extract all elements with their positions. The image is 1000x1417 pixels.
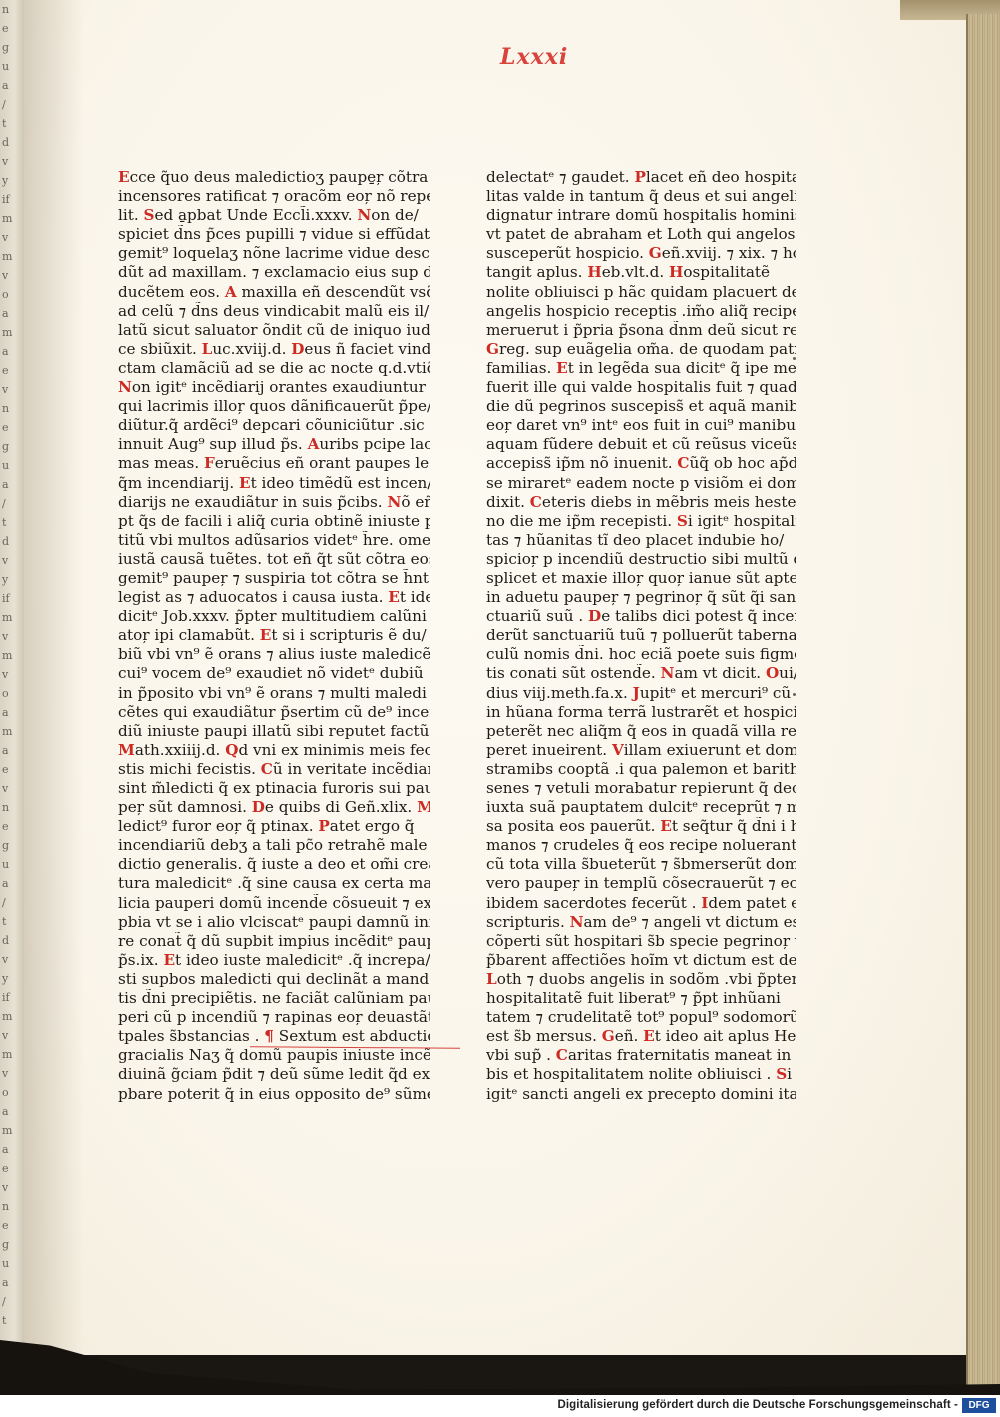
page-scan: n e g u a / t d v y if m v m v o a m a e… bbox=[0, 0, 1000, 1395]
text-line: qui lacrimis illoŗ quos dãnificauerũt … bbox=[118, 397, 430, 416]
text-line: manos ⁊ crudeles q̃ eos recipe noluerant bbox=[486, 836, 796, 855]
rubricated-initial: E bbox=[239, 474, 251, 492]
text-line: accepiss̃ ip̃m nõ inuenit. Cũq̃ ob hoc… bbox=[486, 454, 796, 473]
text-line: tis conati sũt ostend̃e. Nam vt dicit. … bbox=[486, 664, 796, 683]
rubricated-initial: ¶ bbox=[264, 1027, 274, 1045]
text-line: tangit aplus. Heb.vlt.d. Hospitalitatẽ bbox=[486, 263, 796, 282]
rubricated-initial: L bbox=[202, 340, 213, 358]
text-line: diuinã g̃ciam p̃dit ⁊ deũ sũme ledit … bbox=[118, 1065, 430, 1084]
text-line: ctam clamãciũ ad se die ac nocte q.d.v… bbox=[118, 359, 430, 378]
text-line: peŗ sũt damnosi. De quibs di Geñ.xlix.… bbox=[118, 798, 430, 817]
rubricated-initial: D bbox=[252, 798, 265, 816]
text-line: angelis hospicio receptis .im̃o aliq̃ re… bbox=[486, 302, 796, 321]
text-line: dignatur intrare domũ hospitalis homini… bbox=[486, 206, 796, 225]
text-line: no die me ip̃m recepisti. Si igitᵉ hospi… bbox=[486, 512, 796, 531]
rubricated-initial: P bbox=[318, 817, 329, 835]
rubricated-initial: G bbox=[486, 340, 499, 358]
rubricated-initial: E bbox=[388, 588, 400, 606]
text-line: tatem ⁊ crudelitatẽ tot⁹ popul⁹ sodomor… bbox=[486, 1008, 796, 1027]
folio-number: Lxxxi bbox=[500, 44, 568, 70]
text-line: in hũana forma terrã lustrarẽt et hos… bbox=[486, 703, 796, 722]
text-line: gracialis Naʒ q̃ domũ paupis iniuste in… bbox=[118, 1046, 430, 1065]
rubricated-initial: J bbox=[633, 684, 640, 702]
rubricated-initial: E bbox=[163, 951, 175, 969]
text-line: cẽtes qui exaudiãtur p̃sertim cũ de⁹ … bbox=[118, 703, 430, 722]
text-line: igitᵉ sancti angeli ex precepto domini i… bbox=[486, 1085, 796, 1104]
rubricated-initial: G bbox=[649, 244, 662, 262]
text-line: susceperũt hospicio. Geñ.xviij. ⁊ xix.… bbox=[486, 244, 796, 263]
dfg-logo: DFG bbox=[962, 1398, 996, 1413]
text-line: in aduetu paupeŗ ⁊ pegrinoŗ q̃ sũt q̃i … bbox=[486, 588, 796, 607]
text-line: legist as ⁊ aduocatos i causa iusta. Et … bbox=[118, 588, 430, 607]
rubricated-initial: H bbox=[669, 263, 683, 281]
rubricated-initial: F bbox=[204, 454, 215, 472]
text-line: splicet et maxie illoŗ quoŗ ianue sũt a… bbox=[486, 569, 796, 588]
text-line: vt patet de abraham et Loth qui angelos bbox=[486, 225, 796, 244]
text-line: sti supbos maledicti qui declinãt a man… bbox=[118, 970, 430, 989]
gutter-shadow bbox=[24, 0, 84, 1355]
text-line: p̃barent affectiões hoĩm vt dictum est… bbox=[486, 951, 796, 970]
rubricated-initial: V bbox=[612, 741, 624, 759]
text-line: pbare poterit q̃ in eius opposito de⁹ su… bbox=[118, 1085, 430, 1104]
text-line: pbia vt se i alio vlciscatᵉ paupi damnũ… bbox=[118, 913, 430, 932]
text-line: gemit⁹ loquelaʒ nõne lacrime vidue desc… bbox=[118, 244, 430, 263]
text-line: diarijs ne exaudiãtur in suis p̃cibs. N… bbox=[118, 493, 430, 512]
text-line: dũt ad maxillam. ⁊ exclamacio eius sup … bbox=[118, 263, 430, 282]
text-line: diũ iniuste paupi illatũ sibi reputet … bbox=[118, 722, 430, 741]
text-line: titũ vbi multos adũsarios videtᵉ h̃re.… bbox=[118, 531, 430, 550]
text-line: se miraretᵉ eadem nocte p visiõm ei dom… bbox=[486, 474, 796, 493]
facing-page-edge: n e g u a / t d v y if m v m v o a m a e… bbox=[0, 0, 24, 1395]
text-line: cui⁹ vocem de⁹ exaudiet nõ videtᵉ dubiu… bbox=[118, 664, 430, 683]
rubricated-initial: I bbox=[701, 894, 708, 912]
text-line: stis michi fecistis. Cũ in veritate inc… bbox=[118, 760, 430, 779]
rubricated-initial: C bbox=[261, 760, 273, 778]
rubricated-initial: E bbox=[660, 817, 672, 835]
text-line: senes ⁊ vetuli morabatur repierunt q̃ de… bbox=[486, 779, 796, 798]
text-line: familias. Et in legẽda sua dicitᵉ q̃ ip… bbox=[486, 359, 796, 378]
digitization-footer: Digitalisierung gefördert durch die Deut… bbox=[0, 1395, 1000, 1417]
text-line: sint m̃ledicti q̃ ex ptinacia furoris su… bbox=[118, 779, 430, 798]
funding-credit: Digitalisierung gefördert durch die Deut… bbox=[557, 1399, 958, 1411]
rubricated-initial: S bbox=[776, 1065, 787, 1083]
text-line: pt q̃s de facili i aliq̃ curia obtinẽ i… bbox=[118, 512, 430, 531]
rubricated-initial: D bbox=[291, 340, 304, 358]
rubricated-initial: O bbox=[766, 664, 779, 682]
text-line: incendiariũ debʒ a tali pc̃o retrahẽ m… bbox=[118, 836, 430, 855]
text-line: fuerit ille qui valde hospitalis fuit ⁊ … bbox=[486, 378, 796, 397]
text-line: cũ tota villa s̃bueterũt ⁊ s̃bmerserũ… bbox=[486, 855, 796, 874]
rubricated-initial: N bbox=[570, 913, 584, 931]
rubricated-initial: L bbox=[486, 970, 497, 988]
text-line: cõperti sũt hospitari s̃b specie pegri… bbox=[486, 932, 796, 951]
text-line: derũt sanctuariũ tuũ ⁊ polluerũt tab… bbox=[486, 626, 796, 645]
text-line: ledict⁹ furor eoŗ q̃ ptinax. Patet ergo … bbox=[118, 817, 430, 836]
text-line: re conat̃ q̃ dũ supbit impius incẽditᵉ… bbox=[118, 932, 430, 951]
text-line: ad celũ ⁊ d̃ns deus vindicabit malũ ei… bbox=[118, 302, 430, 321]
rubricated-initial: S bbox=[143, 206, 154, 224]
text-line: iustã causã tuẽtes. tot eñ q̃t sũt … bbox=[118, 550, 430, 569]
fore-edge-page-stack bbox=[966, 14, 1000, 1395]
rubricated-initial: M bbox=[417, 798, 430, 816]
text-line: Math.xxiiij.d. Qd vni ex minimis meis fe… bbox=[118, 741, 430, 760]
text-line: dictio generalis. q̃ iuste a deo et om̃i… bbox=[118, 855, 430, 874]
text-line: dius viij.meth.fa.x. Jupitᵉ et mercuri⁹ … bbox=[486, 684, 796, 703]
rubricated-initial: E bbox=[643, 1027, 655, 1045]
text-line: stramibs cooptã .i qua palemon et barit… bbox=[486, 760, 796, 779]
text-line: vero paupeŗ in templũ cõsecrauerũt ⁊ … bbox=[486, 874, 796, 893]
text-line: die dũ pegrinos suscepiss̃ et aquã man… bbox=[486, 397, 796, 416]
text-line: est s̃b mersus. Geñ. Et ideo ait aplus … bbox=[486, 1027, 796, 1046]
text-line: Loth ⁊ duobs angelis in sodõm .vbi p̃pt… bbox=[486, 970, 796, 989]
text-line: hospitalitatẽ fuit liberat⁹ ⁊ p̃pt inhu… bbox=[486, 989, 796, 1008]
text-line: eoŗ daret vn⁹ intᵉ eos fuit in cui⁹ mani… bbox=[486, 416, 796, 435]
text-line: lit. Sed a̱pbat Unde Eccl̃i.xxxv. Non de… bbox=[118, 206, 430, 225]
text-line: tpales s̃bstancias . ¶ Sextum est abduct… bbox=[118, 1027, 430, 1046]
text-line: spiciet d̃ns p̃ces pupilli ⁊ vidue si ef… bbox=[118, 225, 430, 244]
text-line: nolite obliuisci p hãc quidam placuert … bbox=[486, 283, 796, 302]
text-line: peterẽt nec aliq̃m q̃ eos in quadã vil… bbox=[486, 722, 796, 741]
text-line: peri cũ p incendiũ ⁊ rapinas eoŗ deuas… bbox=[118, 1008, 430, 1027]
rubricated-initial: Q bbox=[225, 741, 238, 759]
text-line: bis et hospitalitatem nolite obliuisci .… bbox=[486, 1065, 796, 1084]
text-line: peret inueirent. Villam exiuerunt et dom… bbox=[486, 741, 796, 760]
text-line: scripturis. Nam de⁹ ⁊ angeli vt dictum e… bbox=[486, 913, 796, 932]
text-line: tura maledicitᵉ .q̃ sine causa ex certa … bbox=[118, 874, 430, 893]
text-line: aquam fũdere debuit et cũ reũsus vice… bbox=[486, 435, 796, 454]
text-line: tas ⁊ hũanitas tĩ deo placet indubie h… bbox=[486, 531, 796, 550]
text-line: sa posita eos pauerũt. Et seq̃tur q̃ d̃… bbox=[486, 817, 796, 836]
text-line: Ecce q̃uo deus maledictioʒ paupe̱ŗ cõtr… bbox=[118, 168, 430, 187]
text-line: mas meas. Feruẽcius eñ orant paupes le… bbox=[118, 454, 430, 473]
rubricated-initial: E bbox=[118, 168, 130, 186]
text-line: litas valde in tantum q̃ deus et sui ang… bbox=[486, 187, 796, 206]
rubricated-initial: A bbox=[308, 435, 320, 453]
text-line: Non igitᵉ incẽdiarij orantes exaudiuntu… bbox=[118, 378, 430, 397]
rubricated-initial: M bbox=[118, 741, 135, 759]
text-line: vbi sup̃ . Caritas fraternitatis maneat … bbox=[486, 1046, 796, 1065]
text-line: Greg. sup euãgelia om̃a. de quodam patr… bbox=[486, 340, 796, 359]
text-line: tis d̃ni precipiẽtis. ne faciãt calũn… bbox=[118, 989, 430, 1008]
text-line: ce sbiũxit. Luc.xviij.d. Deus ñ faciet… bbox=[118, 340, 430, 359]
rubricated-initial: H bbox=[587, 263, 601, 281]
text-line: delectatᵉ ⁊ gaudet. Placet eñ deo hospi… bbox=[486, 168, 796, 187]
text-line: dicitᵉ Job.xxxv. p̃pter multitudiem calu… bbox=[118, 607, 430, 626]
text-line: ibidem sacerdotes fecerũt . Idem patet … bbox=[486, 894, 796, 913]
text-line: diũtur.q̃ ardẽci⁹ depcari cõuniciũtu… bbox=[118, 416, 430, 435]
text-line: incensores ratificat ⁊ oracõm eoŗ nõ r… bbox=[118, 187, 430, 206]
text-column-left: Ecce q̃uo deus maledictioʒ paupe̱ŗ cõtr… bbox=[118, 168, 430, 1104]
text-line: culũ nomis d̃ni. hoc eciã poete suis f… bbox=[486, 645, 796, 664]
rubricated-initial: E bbox=[260, 626, 272, 644]
rubricated-initial: C bbox=[530, 493, 542, 511]
text-line: p̃s.ix. Et ideo iuste maledicitᵉ .q̃ inc… bbox=[118, 951, 430, 970]
text-column-right: delectatᵉ ⁊ gaudet. Placet eñ deo hospi… bbox=[486, 168, 796, 1104]
rubricated-initial: N bbox=[357, 206, 371, 224]
rubricated-initial: D bbox=[588, 607, 601, 625]
rubricated-initial: P bbox=[634, 168, 645, 186]
rubricated-initial: N bbox=[118, 378, 132, 396]
facing-page-ghost-text: n e g u a / t d v y if m v m v o a m a e… bbox=[2, 0, 20, 1330]
text-line: latũ sicut saluator õndit cũ de iniqu… bbox=[118, 321, 430, 340]
text-line: dixit. Ceteris diebs in mẽbris meis hes… bbox=[486, 493, 796, 512]
text-line: gemit⁹ paupeŗ ⁊ suspiria tot cõtra se h… bbox=[118, 569, 430, 588]
text-line: ducẽtem eos. A maxilla eñ descendũt v… bbox=[118, 283, 430, 302]
text-line: in p̃posito vbi vn⁹ ẽ orans ⁊ multi mal… bbox=[118, 684, 430, 703]
speck bbox=[793, 357, 796, 360]
rubricated-initial: N bbox=[661, 664, 675, 682]
text-line: iuxta suã pauptatem dulcitᵉ receprũt ⁊… bbox=[486, 798, 796, 817]
text-line: innuit Aug⁹ sup illud p̃s. Auribs pcipe … bbox=[118, 435, 430, 454]
text-line: licia pauperi domũ incend̃e cõsueuit ⁊… bbox=[118, 894, 430, 913]
rubricated-initial: A bbox=[225, 283, 237, 301]
rubricated-initial: C bbox=[677, 454, 689, 472]
text-line: q̃m incendiarij. Et ideo timẽdũ est in… bbox=[118, 474, 430, 493]
rubricated-initial: C bbox=[556, 1046, 568, 1064]
text-line: biũ vbi vn⁹ ẽ orans ⁊ alius iuste male… bbox=[118, 645, 430, 664]
rubricated-initial: E bbox=[556, 359, 568, 377]
rubricated-initial: N bbox=[387, 493, 401, 511]
text-line: atoŗ ipi clamabũt. Et si i scripturis e… bbox=[118, 626, 430, 645]
text-line: meruerut i p̃pria p̃sona d̃nm deũ sicut… bbox=[486, 321, 796, 340]
speck bbox=[793, 693, 796, 696]
rubricated-initial: G bbox=[602, 1027, 615, 1045]
rubricated-initial: S bbox=[677, 512, 688, 530]
text-line: ctuariũ suũ . De talibs dici potest q̃… bbox=[486, 607, 796, 626]
text-line: spicioŗ p incendiũ destructio sibi mult… bbox=[486, 550, 796, 569]
